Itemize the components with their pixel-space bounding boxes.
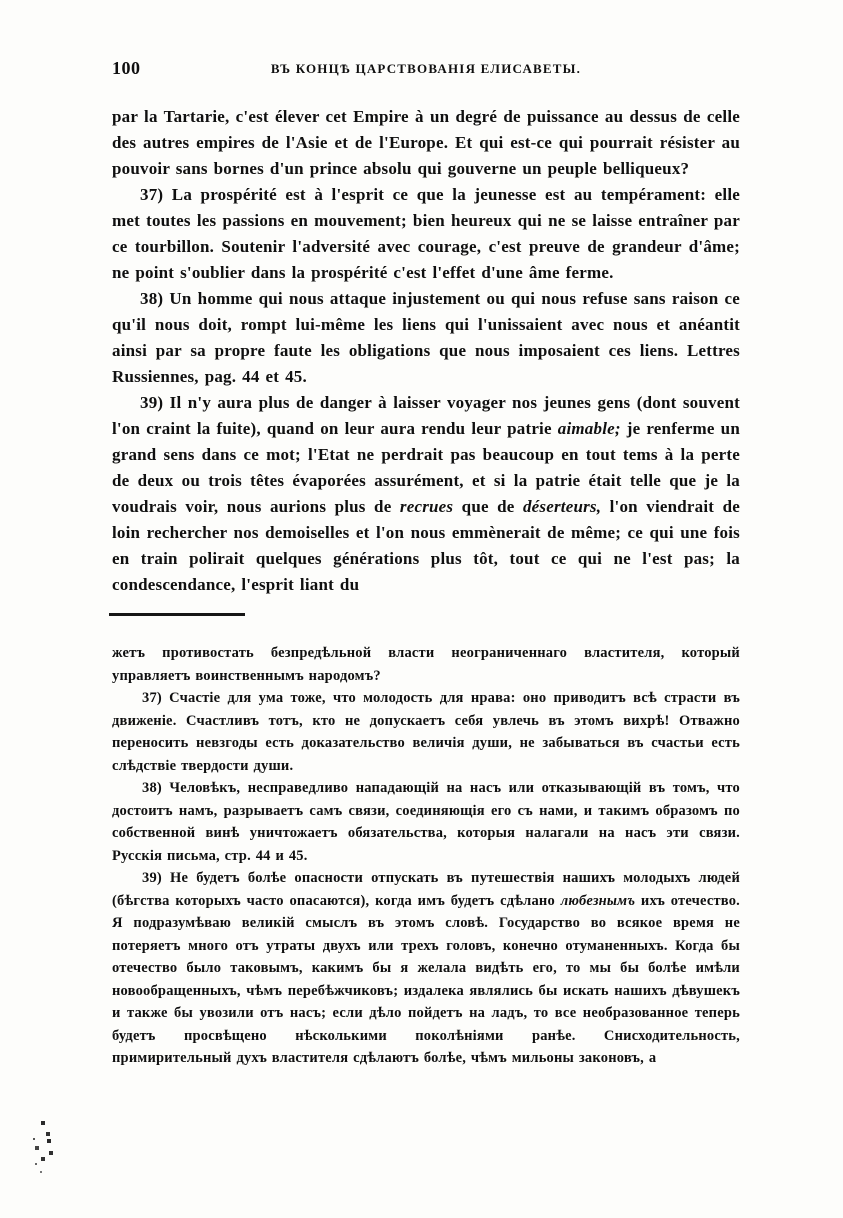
paragraph: par la Tartarie, c'est élever cet Empire… [112,104,740,182]
scanned-book-page: 100 ВЪ КОНЦѢ ЦАРСТВОВАНІЯ ЕЛИСАВЕТЫ. par… [0,0,843,1218]
text-segment: 38) Un homme qui nous attaque injustemen… [112,289,740,386]
paragraph: 37) Счастіе для ума тоже, что молодость … [112,687,740,777]
running-title: ВЪ КОНЦѢ ЦАРСТВОВАНІЯ ЕЛИСАВЕТЫ. [112,58,740,77]
text-column: 100 ВЪ КОНЦѢ ЦАРСТВОВАНІЯ ЕЛИСАВЕТЫ. par… [112,58,740,1070]
italic-text-segment: любезнымъ [561,893,635,909]
text-segment: par la Tartarie, c'est élever cet Empire… [112,107,740,178]
paragraph: 39) Il n'y aura plus de danger à laisser… [112,390,740,598]
text-segment: 38) Человѣкъ, несправедливо нападающій н… [112,780,740,864]
text-segment: 37) Счастіе для ума тоже, что молодость … [112,690,740,774]
text-segment: 37) La prospérité est à l'esprit ce que … [112,185,740,282]
italic-text-segment: recrues [400,497,453,516]
paragraph: 38) Un homme qui nous attaque injustemen… [112,286,740,390]
text-segment: que de [453,497,523,516]
text-segment: жетъ противостать безпредѣльной власти н… [112,645,740,684]
paragraph: 37) La prospérité est à l'esprit ce que … [112,182,740,286]
paragraph: 39) Не будетъ болѣе опасности отпускать … [112,867,740,1070]
paragraph: жетъ противостать безпредѣльной власти н… [112,642,740,687]
footnotes-russian: жетъ противостать безпредѣльной власти н… [112,642,740,1070]
main-text-french: par la Tartarie, c'est élever cet Empire… [112,104,740,598]
text-segment: ихъ отечество. Я подразумѣваю великій см… [112,893,740,1067]
scan-artifact-dots [0,0,2,2]
page-header: 100 ВЪ КОНЦѢ ЦАРСТВОВАНІЯ ЕЛИСАВЕТЫ. [112,58,740,80]
page-number: 100 [112,58,141,79]
italic-text-segment: déserteurs, [523,497,601,516]
footnote-separator-rule [109,613,245,616]
italic-text-segment: aimable; [558,419,621,438]
paragraph: 38) Человѣкъ, несправедливо нападающій н… [112,777,740,867]
